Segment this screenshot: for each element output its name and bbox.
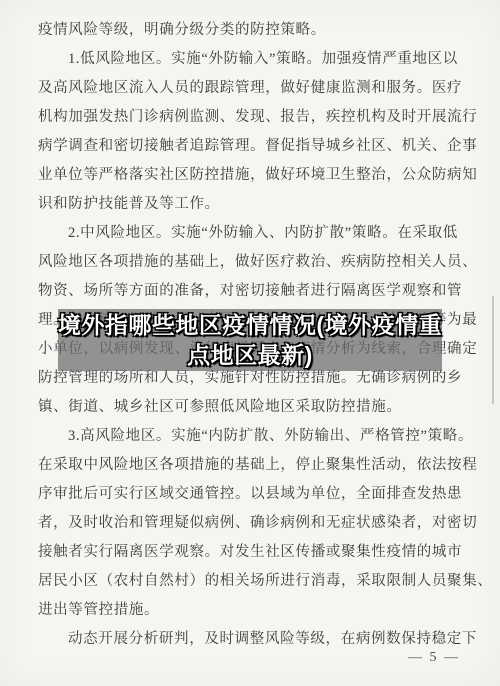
document-line: 物资、场所等方面的准备，对密切接触者进行隔离医学观察和管 [38,277,466,306]
document-line: 2.中风险地区。实施“外防输入、内防扩散”策略。在采取低 [38,219,466,248]
document-line: 动态开展分析研判，及时调整风险等级，在病例数保持稳定下 [38,625,466,654]
document-line: 机构加强发热门诊病例监测、发现、报告，疾控机构及时开展流行 [38,103,466,132]
scanned-document-page: 疫情风险等级，明确分级分类的防控策略。 1.低风险地区。实施“外防输入”策略。加… [0,0,500,686]
document-line: 及高风险地区流入人员的跟踪管理，做好健康监测和服务。医疗 [38,74,466,103]
document-line: 1.低风险地区。实施“外防输入”策略。加强疫情严重地区以 [38,45,466,74]
document-line: 进出等管控措施。 [38,596,466,625]
document-line: 业单位等严格落实社区防控措施，做好环境卫生整治，公众防病知 [38,161,466,190]
scan-artifact-line [492,296,494,404]
document-line: 识和防护技能普及等工作。 [38,190,466,219]
document-line: 者，及时收治和管理疑似病例、确诊病例和无症状感染者，对密切 [38,509,466,538]
document-line: 3.高风险地区。实施“内防扩散、外防输出、严格管控”策略。 [38,422,466,451]
document-line: 镇、街道、城乡社区可参照低风险地区采取防控措施。 [38,393,466,422]
document-line: 接触者实行隔离医学观察。对发生社区传播或聚集性疫情的城市 [38,538,466,567]
document-line: 风险地区各项措施的基础上，做好医疗救治、疾病防控相关人员、 [38,248,466,277]
document-line: 居民小区（农村自然村）的相关场所进行消毒，采取限制人员聚集、 [38,567,466,596]
page-number: — 5 — [408,650,460,666]
headline-line-1: 境外指哪些地区疫情情况(境外疫情重 [58,310,442,340]
document-line: 在采取中风险地区各项措施的基础上，停止聚集性活动，依法按程 [38,451,466,480]
document-line: 病学调查和密切接触者追踪管理。督促指导城乡社区、机关、企事 [38,132,466,161]
headline-banner-overlay: 境外指哪些地区疫情情况(境外疫情重 点地区最新) [58,309,442,371]
document-line: 疫情风险等级，明确分级分类的防控策略。 [38,16,466,45]
document-line: 序审批后可实行区域交通管控。以县域为单位，全面排查发热患 [38,480,466,509]
headline-line-2: 点地区最新) [187,340,313,370]
